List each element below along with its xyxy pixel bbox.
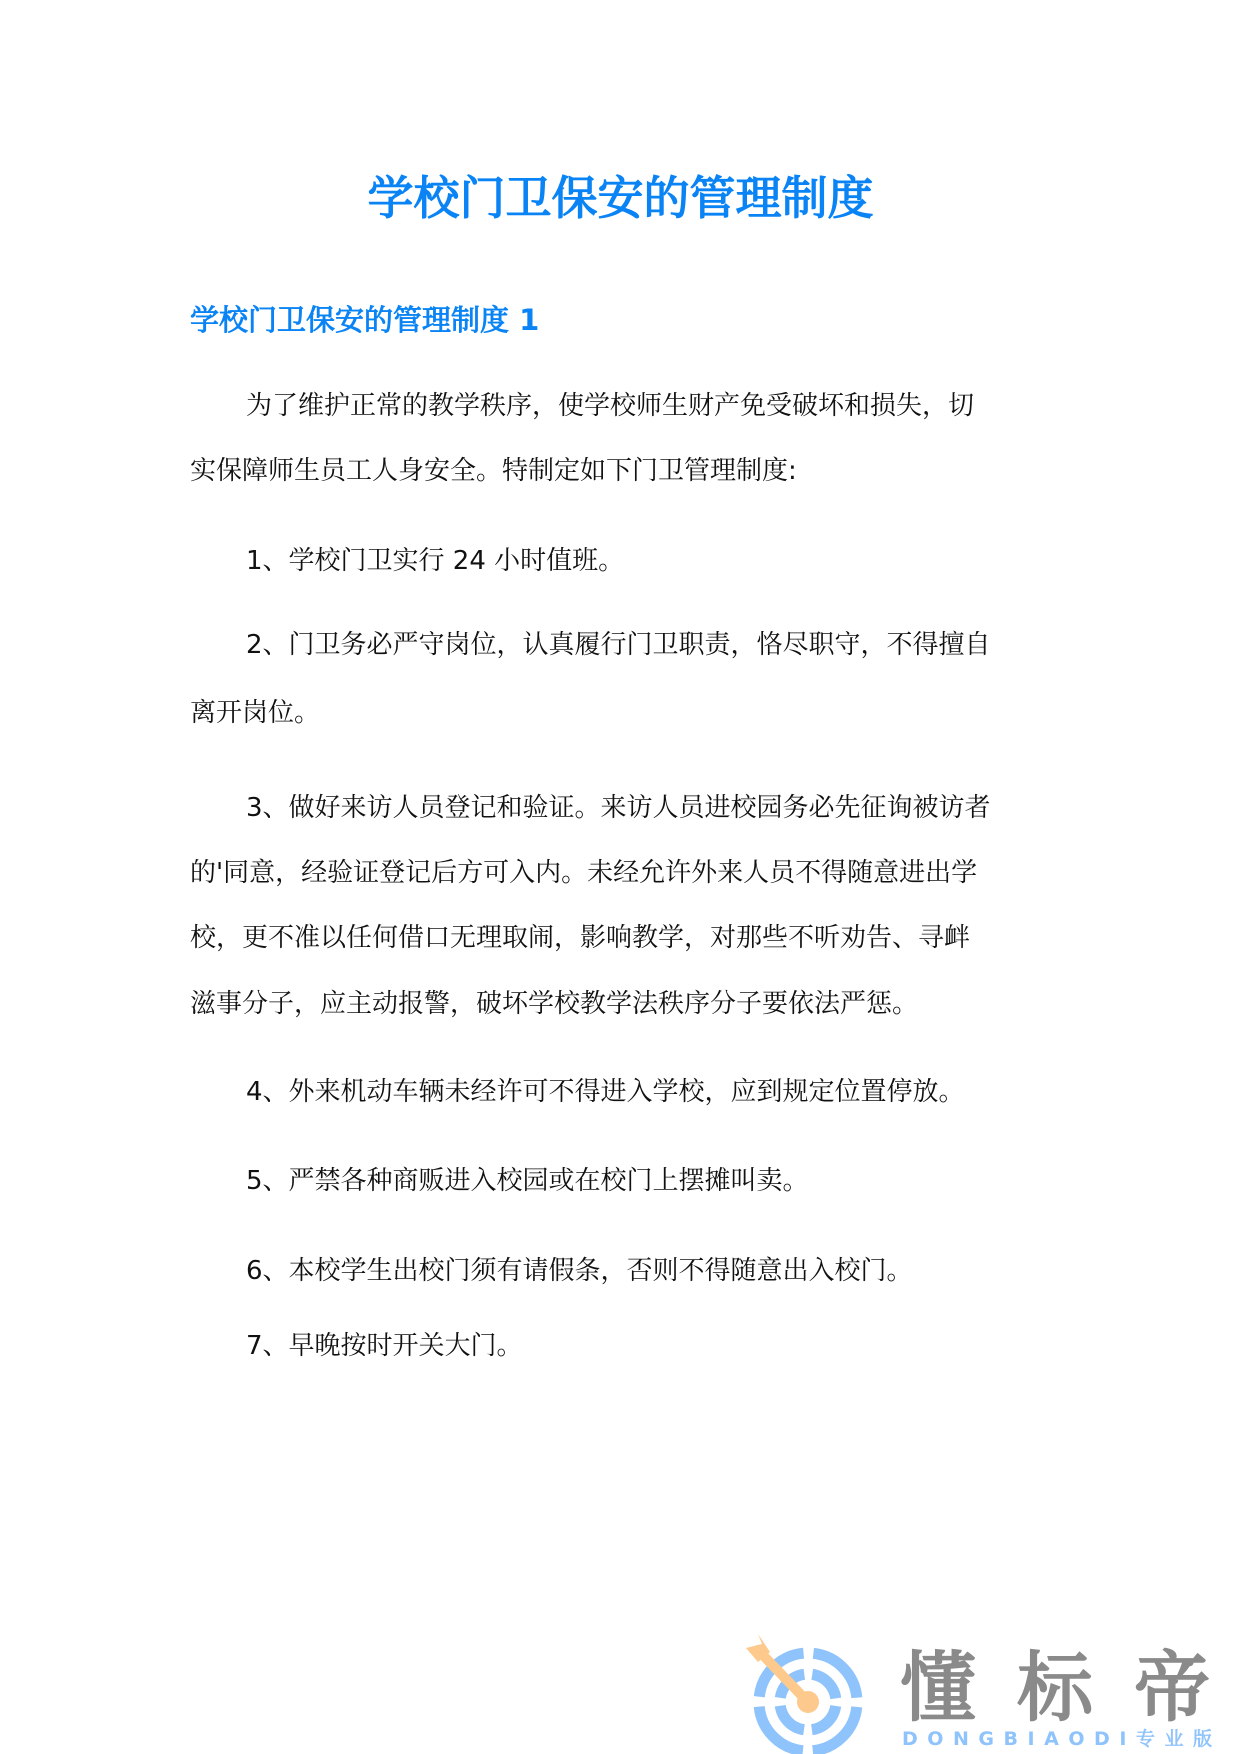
watermark-subtitle: D O N G B I A O D I 专 业 版 — [902, 1728, 1212, 1750]
document-title: 学校门卫保安的管理制度 — [0, 170, 1241, 226]
watermark-char: 懂 — [900, 1648, 976, 1728]
watermark-sub-char: I — [1119, 1728, 1126, 1750]
watermark-sub-char: I — [1028, 1728, 1035, 1750]
watermark-char: 标 — [1017, 1648, 1093, 1728]
paragraph-line: 实保障师生员工人身安全。特制定如下门卫管理制度: — [190, 451, 797, 491]
watermark-sub-char: G — [978, 1728, 994, 1750]
watermark-char: 帝 — [1134, 1648, 1210, 1728]
paragraph-line: 7、早晚按时开关大门。 — [246, 1326, 523, 1366]
watermark-sub-char: D — [902, 1728, 918, 1750]
paragraph-line: 离开岗位。 — [190, 693, 320, 733]
paragraph-line: 5、严禁各种商贩进入校园或在校门上摆摊叫卖。 — [246, 1161, 809, 1201]
paragraph-line: 校，更不准以任何借口无理取闹，影响教学，对那些不听劝告、寻衅 — [190, 918, 970, 958]
paragraph-line: 为了维护正常的教学秩序，使学校师生财产免受破坏和损失，切 — [246, 386, 974, 426]
watermark-sub-char: 专 — [1136, 1728, 1155, 1750]
paragraph-line: 的'同意，经验证登记后方可入内。未经允许外来人员不得随意进出学 — [190, 853, 977, 893]
watermark-logo: 懂 标 帝 D O N G B I A O D I 专 业 版 — [740, 1630, 1241, 1754]
paragraph-line: 2、门卫务必严守岗位，认真履行门卫职责，恪尽职守，不得擅自 — [246, 625, 991, 665]
watermark-sub-char: B — [1004, 1728, 1018, 1750]
section-heading: 学校门卫保安的管理制度 1 — [190, 300, 539, 340]
paragraph-line: 6、本校学生出校门须有请假条，否则不得随意出入校门。 — [246, 1251, 913, 1291]
watermark-brand-name: 懂 标 帝 — [900, 1648, 1210, 1728]
watermark-sub-char: O — [927, 1728, 943, 1750]
paragraph-line: 滋事分子，应主动报警，破坏学校教学法秩序分子要依法严惩。 — [190, 984, 918, 1024]
watermark-sub-char: 版 — [1193, 1728, 1212, 1750]
watermark-sub-char: 业 — [1164, 1728, 1183, 1750]
paragraph-line: 1、学校门卫实行 24 小时值班。 — [246, 541, 624, 581]
watermark-sub-char: A — [1044, 1728, 1059, 1750]
watermark-sub-char: O — [1068, 1728, 1084, 1750]
paragraph-line: 4、外来机动车辆未经许可不得进入学校，应到规定位置停放。 — [246, 1072, 965, 1112]
watermark-sub-char: N — [953, 1728, 969, 1750]
watermark-sub-char: D — [1094, 1728, 1110, 1750]
paragraph-line: 3、做好来访人员登记和验证。来访人员进校园务必先征询被访者 — [246, 788, 991, 828]
target-arrow-icon — [744, 1634, 874, 1754]
